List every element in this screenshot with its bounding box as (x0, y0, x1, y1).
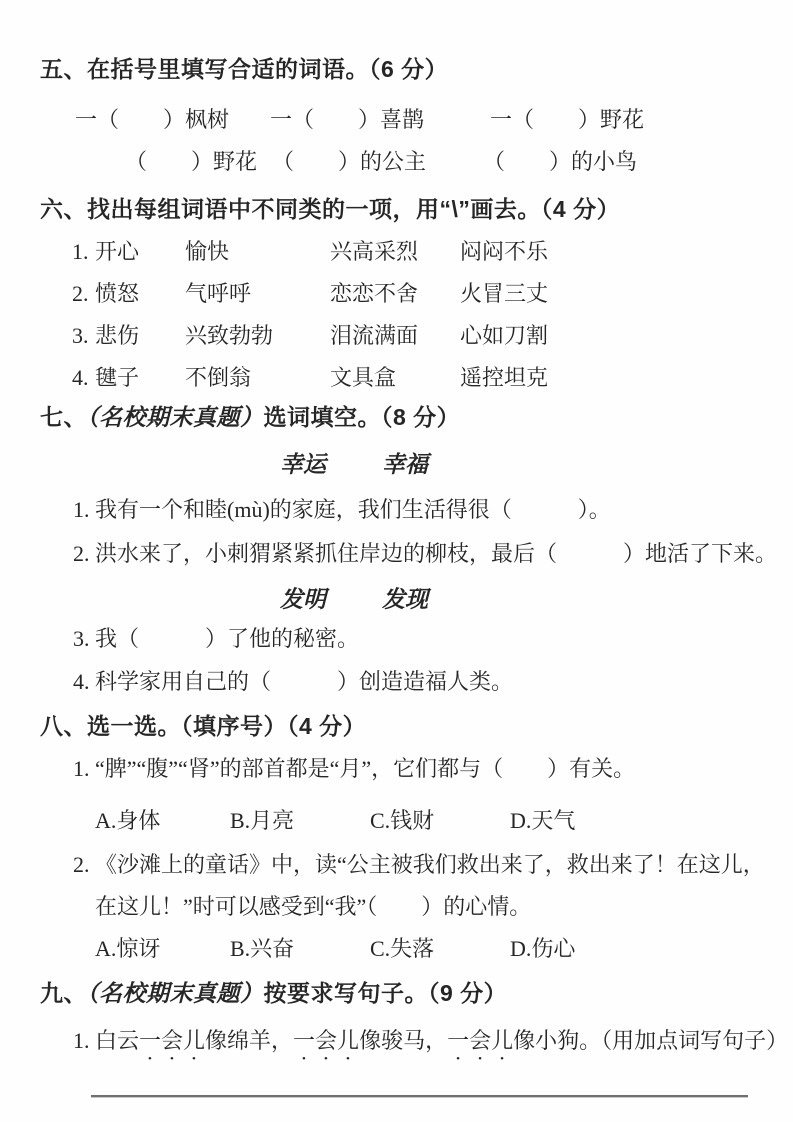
word: 愤怒 (95, 279, 185, 309)
option-c: C.失落 (370, 934, 510, 964)
source-tag: （名校期末真题） (87, 981, 264, 1006)
fill-blank-phrase: （ ）野花 (125, 147, 272, 177)
word: 文具盒 (330, 363, 460, 393)
emphasized-word: 一会儿 (139, 1028, 205, 1053)
sentence-text: 像骏马， (359, 1028, 447, 1053)
word-bank-word: 幸福 (382, 450, 428, 480)
word-bank: 幸运 幸福 (0, 450, 793, 480)
word-group-row: 3. 悲伤 兴致勃勃 泪流满面 心如刀割 (0, 321, 793, 351)
emphasized-word: 一会儿 (293, 1028, 359, 1053)
fill-blank-phrase: 一（ ）野花 (490, 105, 644, 135)
word-bank-word: 幸运 (280, 450, 326, 480)
choice-options-row: A.身体 B.月亮 C.钱财 D.天气 (0, 806, 793, 836)
section-number: 七、 (40, 404, 87, 430)
fill-in-item: 2. 洪水来了，小刺猬紧紧抓住岸边的柳枝，最后（ ）地活了下来。 (0, 539, 793, 569)
word: 愉快 (185, 237, 330, 267)
word: 毽子 (95, 363, 185, 393)
section-8-heading: 八、选一选。（填序号）（4 分） (0, 710, 793, 742)
section-5-row-1: 一（ ）枫树 一（ ）喜鹊 一（ ）野花 (0, 105, 793, 135)
word: 遥控坦克 (460, 363, 548, 393)
option-a: A.惊讶 (95, 934, 230, 964)
word: 闷闷不乐 (460, 237, 548, 267)
emphasized-word: 一会儿 (447, 1028, 513, 1053)
sentence-text: 像小狗。（用加点词写句子） (513, 1028, 788, 1053)
word-group-row: 2. 愤怒 气呼呼 恋恋不舍 火冒三丈 (0, 279, 793, 309)
section-6-heading: 六、找出每组词语中不同类的一项，用“\”画去。（4 分） (0, 193, 793, 225)
option-d: D.伤心 (510, 934, 575, 964)
section-5-row-2: （ ）野花 （ ）的公主 （ ）的小鸟 (0, 147, 793, 177)
word: 悲伤 (95, 321, 185, 351)
word: 火冒三丈 (460, 279, 548, 309)
section-7-heading: 七、（名校期末真题）选词填空。（8 分） (0, 401, 793, 434)
fill-in-item: 1. 我有一个和睦(mù)的家庭，我们生活得很（ ）。 (0, 495, 793, 525)
heading-text: 按要求写句子。（9 分） (264, 980, 508, 1006)
word: 兴高采烈 (330, 237, 460, 267)
choice-question: 1. “脾”“腹”“肾”的部首都是“月”，它们都与（ ）有关。 (0, 754, 793, 784)
word-bank: 发明 发现 (0, 585, 793, 615)
section-number: 九、 (40, 980, 87, 1006)
exam-page: 五、在括号里填写合适的词语。（6 分） 一（ ）枫树 一（ ）喜鹊 一（ ）野花… (0, 0, 793, 1122)
source-tag: （名校期末真题） (87, 405, 264, 430)
item-number: 3. (72, 321, 95, 351)
word: 兴致勃勃 (185, 321, 330, 351)
word-bank-word: 发明 (280, 585, 326, 615)
fill-blank-phrase: 一（ ）枫树 (75, 105, 270, 135)
section-5-heading: 五、在括号里填写合适的词语。（6 分） (0, 53, 793, 85)
section-9-heading: 九、（名校期末真题）按要求写句子。（9 分） (0, 977, 793, 1010)
word: 开心 (95, 237, 185, 267)
option-d: D.天气 (510, 806, 575, 836)
item-number: 1. (72, 237, 95, 267)
word-group-row: 1. 开心 愉快 兴高采烈 闷闷不乐 (0, 237, 793, 267)
choice-options-row: A.惊讶 B.兴奋 C.失落 D.伤心 (0, 934, 793, 964)
word: 心如刀割 (460, 321, 548, 351)
word-bank-word: 发现 (382, 585, 428, 615)
sentence-text: 像绵羊， (205, 1028, 293, 1053)
choice-question-line-2: 在这儿！”时可以感受到“我”（ ）的心情。 (0, 892, 793, 922)
word: 不倒翁 (185, 363, 330, 393)
sentence-text: 1. 白云 (73, 1028, 139, 1053)
fill-in-item: 3. 我（ ）了他的秘密。 (0, 624, 793, 654)
option-b: B.月亮 (230, 806, 370, 836)
sentence-writing-item: 1. 白云一会儿像绵羊，一会儿像骏马，一会儿像小狗。（用加点词写句子） (0, 1026, 793, 1065)
option-a: A.身体 (95, 806, 230, 836)
choice-question-line-1: 2. 《沙滩上的童话》中，读“公主被我们救出来了，救出来了！在这儿， (0, 850, 793, 880)
heading-text: 选词填空。（8 分） (264, 404, 461, 430)
word-group-row: 4. 毽子 不倒翁 文具盒 遥控坦克 (0, 363, 793, 393)
option-c: C.钱财 (370, 806, 510, 836)
answer-writing-line (91, 1095, 748, 1098)
fill-blank-phrase: （ ）的小鸟 (483, 147, 637, 177)
word: 恋恋不舍 (330, 279, 460, 309)
word: 气呼呼 (185, 279, 330, 309)
word: 泪流满面 (330, 321, 460, 351)
item-number: 2. (72, 279, 95, 309)
fill-blank-phrase: （ ）的公主 (272, 147, 483, 177)
fill-blank-phrase: 一（ ）喜鹊 (270, 105, 490, 135)
option-b: B.兴奋 (230, 934, 370, 964)
fill-in-item: 4. 科学家用自己的（ ）创造造福人类。 (0, 667, 793, 697)
item-number: 4. (72, 363, 95, 393)
